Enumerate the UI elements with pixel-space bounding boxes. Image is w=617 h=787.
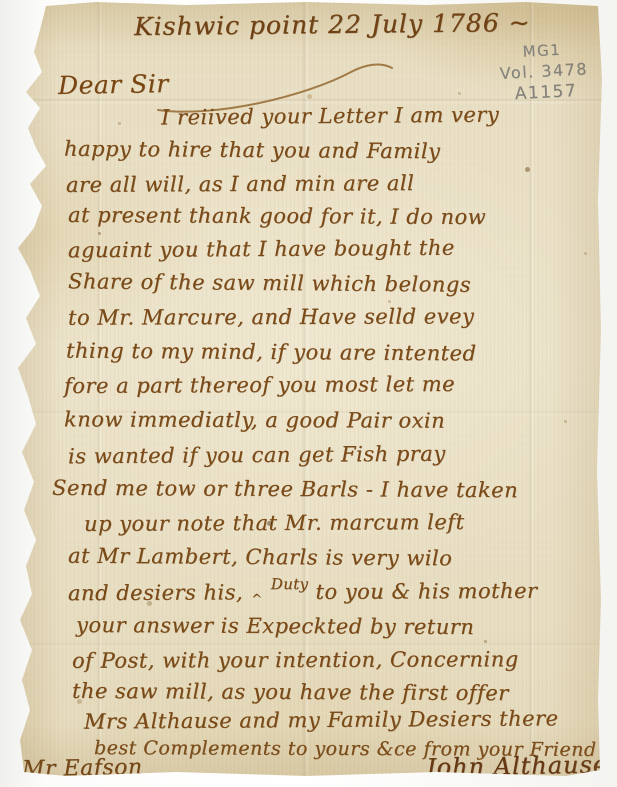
archival-note-line: MG1 bbox=[522, 41, 562, 62]
body-line: your answer is Expeckted by return bbox=[76, 613, 474, 639]
body-line: Mrs Althause and my Family Desiers there bbox=[84, 706, 559, 733]
body-line-text: and desiers his, bbox=[68, 580, 243, 605]
body-line: I reiived your Letter I am very bbox=[161, 103, 499, 130]
body-line: the saw mill, as you have the first offe… bbox=[72, 679, 509, 705]
body-line: at Mr Lambert, Charls is very wilo bbox=[68, 544, 453, 571]
body-line: aguaint you that I have bought the bbox=[68, 236, 455, 263]
body-line: thing to my mind, if you are intented bbox=[66, 339, 477, 366]
signature: John Althause bbox=[426, 750, 608, 781]
archival-note: MG1 Vol. 3478 A1157 bbox=[476, 37, 596, 43]
body-line: is wanted if you can get Fish pray bbox=[68, 442, 446, 469]
body-line: fore a part thereof you most let me bbox=[64, 372, 455, 398]
inserted-word: Duty bbox=[271, 575, 308, 593]
scan-background: Kishwic point 22 July 1786 ~ MG1 Vol. 34… bbox=[0, 0, 617, 787]
body-line-with-insertion: and desiers his, ^ Duty to you & his mot… bbox=[68, 579, 538, 605]
body-line: up your note that Mr. marcum left bbox=[84, 510, 465, 536]
body-line-text: to you & his mother bbox=[315, 579, 537, 604]
body-line: Send me tow or three Barls - I have take… bbox=[52, 476, 518, 502]
body-line: are all will, as I and min are all bbox=[66, 171, 414, 197]
dateline: Kishwic point 22 July 1786 ~ bbox=[134, 8, 531, 41]
salutation: Dear Sir bbox=[58, 69, 169, 100]
body-line: Share of the saw mill which belongs bbox=[68, 269, 471, 297]
body-line: at present thank good for it, I do now bbox=[68, 203, 486, 229]
body-line: to Mr. Marcure, and Have selld evey bbox=[68, 304, 474, 329]
archival-note-line: A1157 bbox=[514, 81, 577, 105]
body-line: of Post, with your intention, Concerning bbox=[72, 647, 519, 673]
caret-insertion-mark: ^ bbox=[251, 592, 262, 607]
addressee-note: Mr Eafson bbox=[22, 755, 143, 782]
fold-crease-vertical bbox=[528, 0, 535, 784]
body-line: happy to hire that you and Family bbox=[64, 137, 441, 164]
letter-paper: Kishwic point 22 July 1786 ~ MG1 Vol. 34… bbox=[6, 0, 606, 784]
body-line: know immediatly, a good Pair oxin bbox=[64, 407, 445, 432]
